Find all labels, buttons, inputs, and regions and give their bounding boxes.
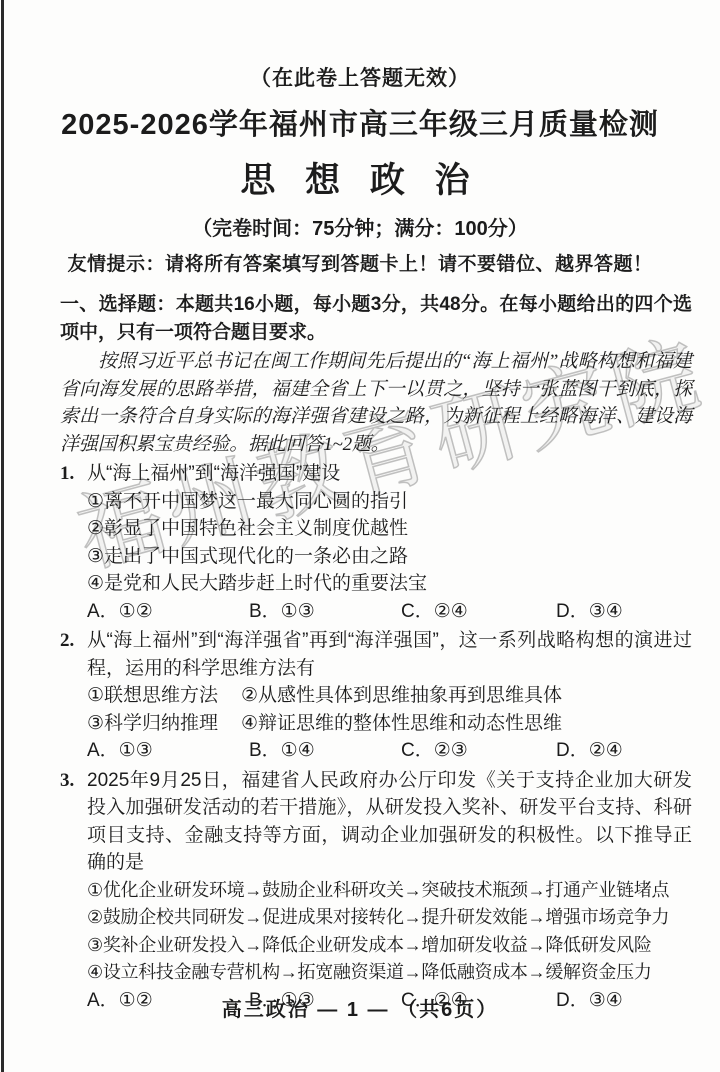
question-2-item-4: ④辩证思维的整体性思维和动态性思维	[241, 710, 692, 738]
exam-invalid-notice: （在此卷上答题无效）	[0, 62, 720, 92]
question-1-stem: 从“海上福州”到“海洋强国”建设	[87, 463, 340, 484]
question-2-option-d: D．②④	[556, 737, 692, 765]
page-footer: 高三政治 — 1 — （共6页）	[0, 993, 720, 1022]
question-3-item-3: ③奖补企业研发投入→降低企业研发成本→增加研发收益→降低研发风险	[87, 932, 692, 960]
exam-time-score-info: （完卷时间：75分钟；满分：100分）	[0, 212, 720, 241]
exam-title: 2025-2026学年福州市高三年级三月质量检测	[0, 102, 720, 143]
question-2: 2. 从“海上福州”到“海洋强省”再到“海洋强国”，这一系列战略构想的演进过程，…	[60, 627, 692, 765]
question-3: 3. 2025年9月25日，福建省人民政府办公厅印发《关于支持企业加大研发投入加…	[60, 767, 692, 1015]
question-3-stem-row: 3. 2025年9月25日，福建省人民政府办公厅印发《关于支持企业加大研发投入加…	[60, 767, 692, 877]
question-2-option-a: A．①③	[87, 737, 249, 765]
question-1-option-d: D．③④	[556, 598, 692, 626]
friendly-tip: 友情提示：请将所有答案填写到答题卡上！请不要错位、越界答题！	[0, 249, 720, 276]
question-1-stem-row: 1. 从“海上福州”到“海洋强国”建设	[60, 460, 692, 488]
question-2-item-1: ①联想思维方法	[87, 682, 241, 710]
question-2-number: 2.	[60, 627, 74, 655]
question-1-item-2: ②彰显了中国特色社会主义制度优越性	[87, 515, 692, 543]
question-1-option-b: B．①③	[249, 598, 401, 626]
paper-header: （在此卷上答题无效） 2025-2026学年福州市高三年级三月质量检测 思 想 …	[0, 0, 720, 276]
exam-paper-page: 福州教育研究院 （在此卷上答题无效） 2025-2026学年福州市高三年级三月质…	[0, 0, 720, 1072]
question-2-option-b: B．①④	[249, 737, 401, 765]
question-1-option-c: C．②④	[401, 598, 556, 626]
question-1-item-3: ③走出了中国式现代化的一条必由之路	[87, 543, 692, 571]
question-3-item-1: ①优化企业研发环境→鼓励企业科研攻关→突破技术瓶颈→打通产业链堵点	[87, 877, 692, 905]
question-1-options-row: A．①② B．①③ C．②④ D．③④	[60, 598, 692, 626]
question-3-item-4: ④设立科技金融专营机构→拓宽融资渠道→降低融资成本→缓解资金压力	[87, 959, 692, 987]
question-2-options-row: A．①③ B．①④ C．②③ D．②④	[60, 737, 692, 765]
question-3-stem: 2025年9月25日，福建省人民政府办公厅印发《关于支持企业加大研发投入加强研发…	[87, 770, 692, 874]
question-1-item-1: ①离不开中国梦这一最大同心圆的指引	[87, 488, 692, 516]
subject-title: 思 想 政 治	[0, 153, 720, 203]
intro-paragraph: 按照习近平总书记在闽工作期间先后提出的“海上福州”战略构想和福建省向海发展的思路…	[60, 348, 692, 458]
section-heading: 一、选择题：本题共16小题，每小题3分，共48分。在每小题给出的四个选项中，只有…	[60, 291, 692, 346]
question-1-item-4: ④是党和人民大踏步赶上时代的重要法宝	[87, 570, 692, 598]
question-3-items: ①优化企业研发环境→鼓励企业科研攻关→突破技术瓶颈→打通产业链堵点 ②鼓励企校共…	[60, 877, 692, 987]
scan-edge-line	[1, 0, 4, 1072]
question-2-item-3: ③科学归纳推理	[87, 710, 241, 738]
question-2-items: ①联想思维方法 ②从感性具体到思维抽象再到思维具体 ③科学归纳推理 ④辩证思维的…	[60, 682, 692, 737]
question-3-number: 3.	[60, 767, 74, 795]
question-2-item-2: ②从感性具体到思维抽象再到思维具体	[241, 682, 692, 710]
paper-body: 一、选择题：本题共16小题，每小题3分，共48分。在每小题给出的四个选项中，只有…	[60, 291, 692, 1014]
question-1: 1. 从“海上福州”到“海洋强国”建设 ①离不开中国梦这一最大同心圆的指引 ②彰…	[60, 460, 692, 625]
question-3-item-2: ②鼓励企校共同研发→促进成果对接转化→提升研发效能→增强市场竞争力	[87, 904, 692, 932]
question-2-option-c: C．②③	[401, 737, 556, 765]
question-1-number: 1.	[60, 460, 74, 488]
question-1-option-a: A．①②	[87, 598, 249, 626]
question-2-stem: 从“海上福州”到“海洋强省”再到“海洋强国”，这一系列战略构想的演进过程，运用的…	[87, 630, 692, 679]
question-2-stem-row: 2. 从“海上福州”到“海洋强省”再到“海洋强国”，这一系列战略构想的演进过程，…	[60, 627, 692, 682]
question-1-items: ①离不开中国梦这一最大同心圆的指引 ②彰显了中国特色社会主义制度优越性 ③走出了…	[60, 488, 692, 598]
